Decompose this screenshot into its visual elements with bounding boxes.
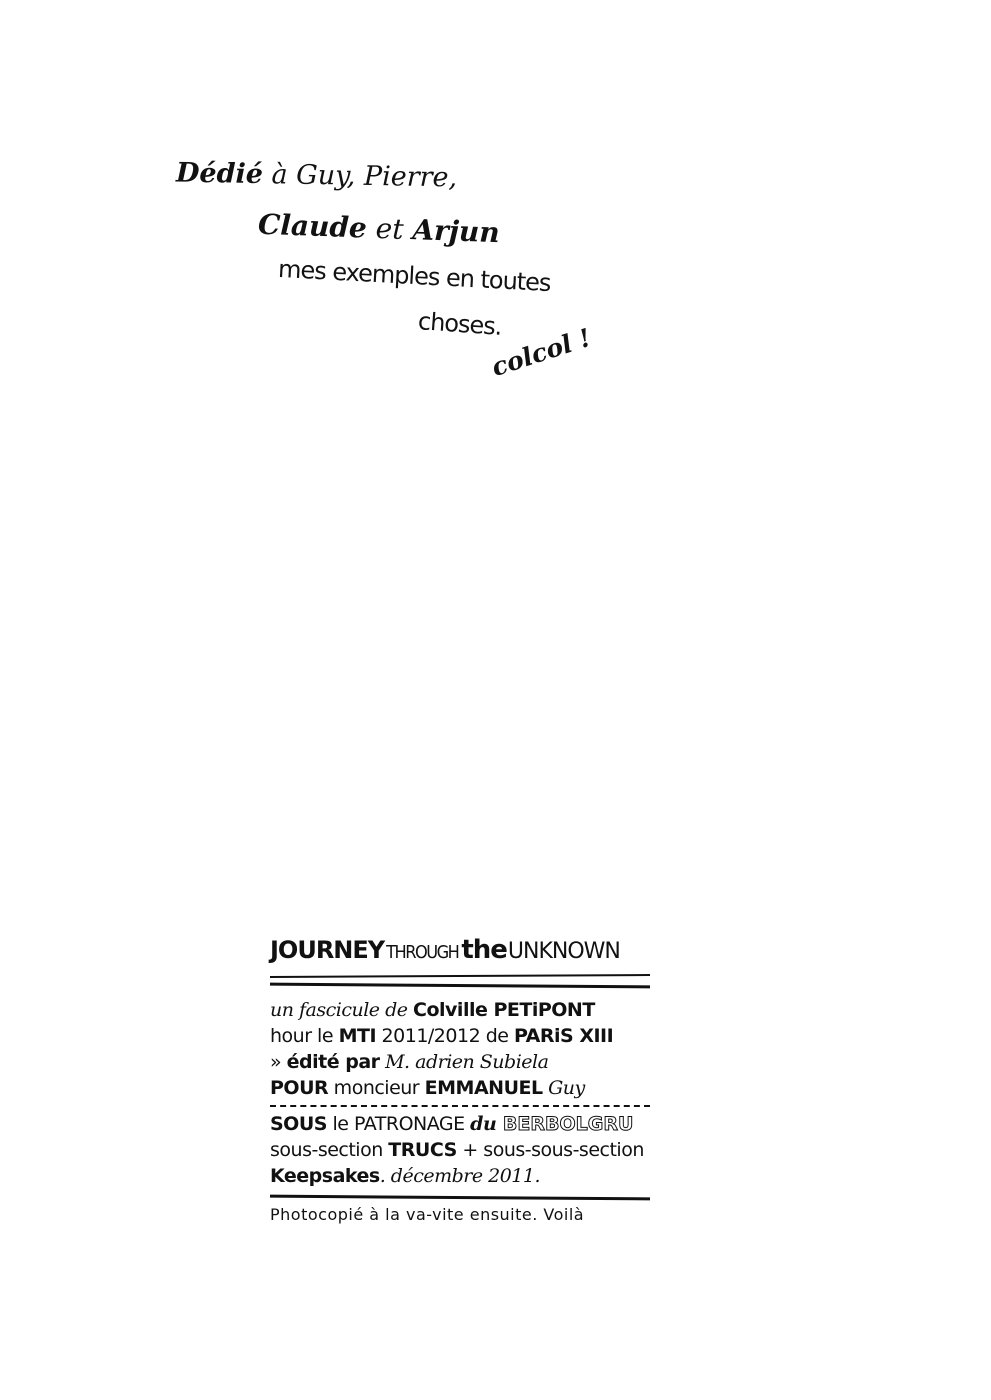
line-2-university: PARiS XIII [514, 1025, 613, 1047]
line-5-du: du [470, 1113, 496, 1135]
line-5-sous: SOUS [270, 1113, 327, 1135]
line-4-surname: Guy [543, 1077, 585, 1099]
line-4-name: EMMANUEL [425, 1077, 543, 1099]
title-journey: JOURNEY [270, 936, 384, 964]
colophon-line-2: hour le MTI 2011/2012 de PARiS XIII [270, 1023, 650, 1049]
line-7-date: . décembre 2011. [380, 1165, 540, 1187]
line-5-berbolgru: BERBOLGRU [496, 1113, 633, 1135]
colophon-line-5: SOUS le PATRONAGE du BERBOLGRU [270, 1111, 650, 1137]
line-5-text: le PATRONAGE [327, 1113, 470, 1135]
line-3-edited-by: édité par [287, 1051, 380, 1073]
line-2-program: MTI [339, 1025, 376, 1047]
title-divider [270, 983, 650, 989]
line-3-arrow: » [270, 1051, 287, 1073]
line-7-keepsakes: Keepsakes [270, 1165, 380, 1187]
colophon-line-7: Keepsakes. décembre 2011. [270, 1163, 650, 1189]
line-2-year: 2011/2012 de [376, 1025, 514, 1047]
title-unknown: UNKNOWN [508, 939, 620, 964]
line-4-text: moncieur [328, 1077, 425, 1099]
dashed-divider [270, 1105, 650, 1107]
dedication-line-4: choses. [417, 307, 502, 341]
title-through: THROUGH [386, 942, 458, 963]
footer-divider [270, 1195, 650, 1201]
dedication-line-1: Dédié à Guy, Pierre, [176, 158, 458, 194]
line-6-text: sous-section [270, 1139, 388, 1161]
title-underline [270, 974, 650, 978]
dedication-line-3: mes exemples en toutes [277, 255, 551, 297]
colophon-line-4: POUR moncieur EMMANUEL Guy [270, 1075, 650, 1101]
line-4-pour: POUR [270, 1077, 328, 1099]
dedication-name-claude: Claude [257, 208, 367, 245]
dedication-conjunction: et [366, 212, 413, 247]
line-6-trucs: TRUCS [388, 1139, 457, 1161]
dedication-name-arjun: Arjun [412, 213, 500, 249]
line-1-author: Colville PETiPONT [413, 999, 595, 1021]
line-1-text: un fascicule de [270, 999, 413, 1021]
colophon-line-1: un fascicule de Colville PETiPONT [270, 997, 650, 1023]
colophon: JOURNEY THROUGH the UNKNOWN un fascicule… [270, 935, 650, 1224]
colophon-title: JOURNEY THROUGH the UNKNOWN [270, 935, 650, 973]
dedication-line-2: Claude et Arjun [257, 208, 500, 249]
colophon-line-3: » édité par M. adrien Subiela [270, 1049, 650, 1075]
dedication-names-1: à Guy, Pierre, [263, 159, 458, 193]
line-3-editor: M. adrien Subiela [380, 1051, 549, 1073]
line-2-text: hour le [270, 1025, 339, 1047]
dedication-signature: colcol ! [488, 323, 594, 382]
colophon-line-6: sous-section TRUCS + sous-sous-section [270, 1137, 650, 1163]
title-the: the [461, 935, 507, 965]
line-6-subsection: + sous-sous-section [457, 1139, 644, 1161]
dedication-dedie: Dédié [176, 158, 263, 191]
dedication: Dédié à Guy, Pierre, Claude et Arjun mes… [0, 0, 991, 420]
colophon-footer: Photocopié à la va-vite ensuite. Voilà [270, 1205, 650, 1224]
